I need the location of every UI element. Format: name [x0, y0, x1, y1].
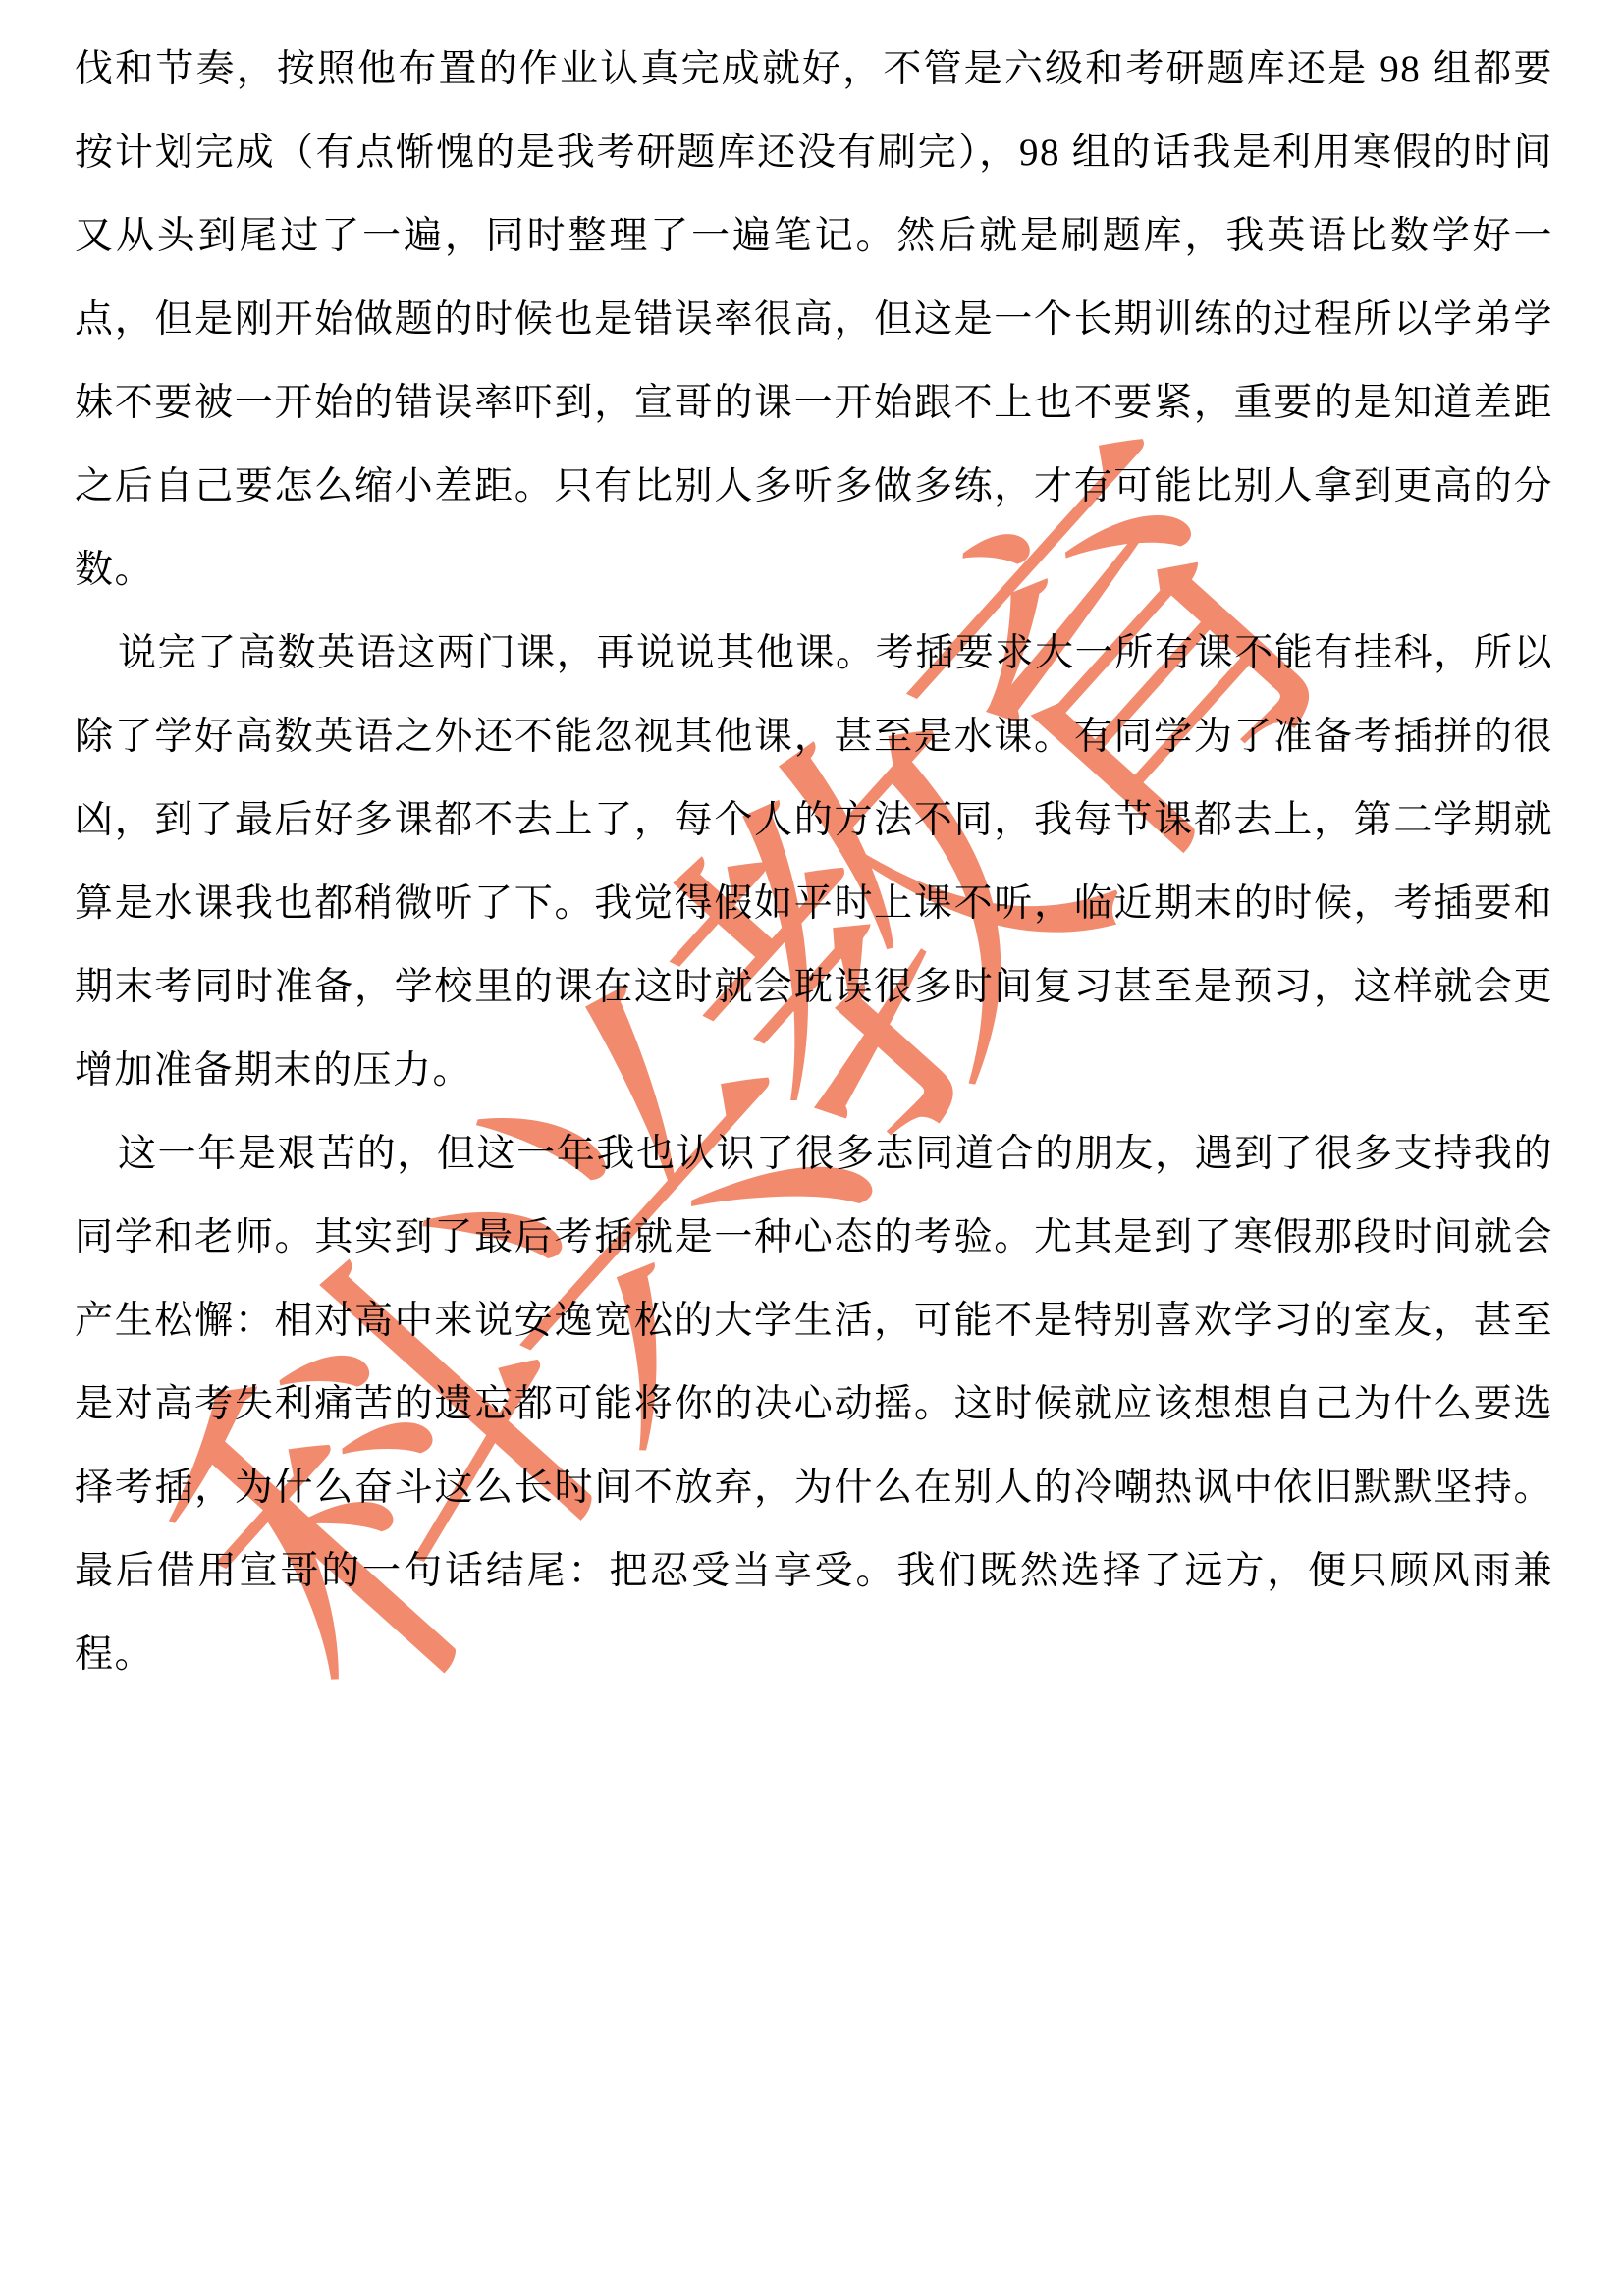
paragraph-continuation: 伐和节奏，按照他布置的作业认真完成就好，不管是六级和考研题库还是 98 组都要按… — [75, 27, 1553, 612]
document-page: 科兴教育 伐和节奏，按照他布置的作业认真完成就好，不管是六级和考研题库还是 98… — [0, 0, 1624, 2296]
paragraph-closing: 这一年是艰苦的，但这一年我也认识了很多志同道合的朋友，遇到了很多支持我的同学和老… — [75, 1112, 1553, 1696]
paragraph-other-courses: 说完了高数英语这两门课，再说说其他课。考插要求大一所有课不能有挂科，所以除了学好… — [75, 612, 1553, 1112]
document-body: 伐和节奏，按照他布置的作业认真完成就好，不管是六级和考研题库还是 98 组都要按… — [75, 27, 1553, 1696]
